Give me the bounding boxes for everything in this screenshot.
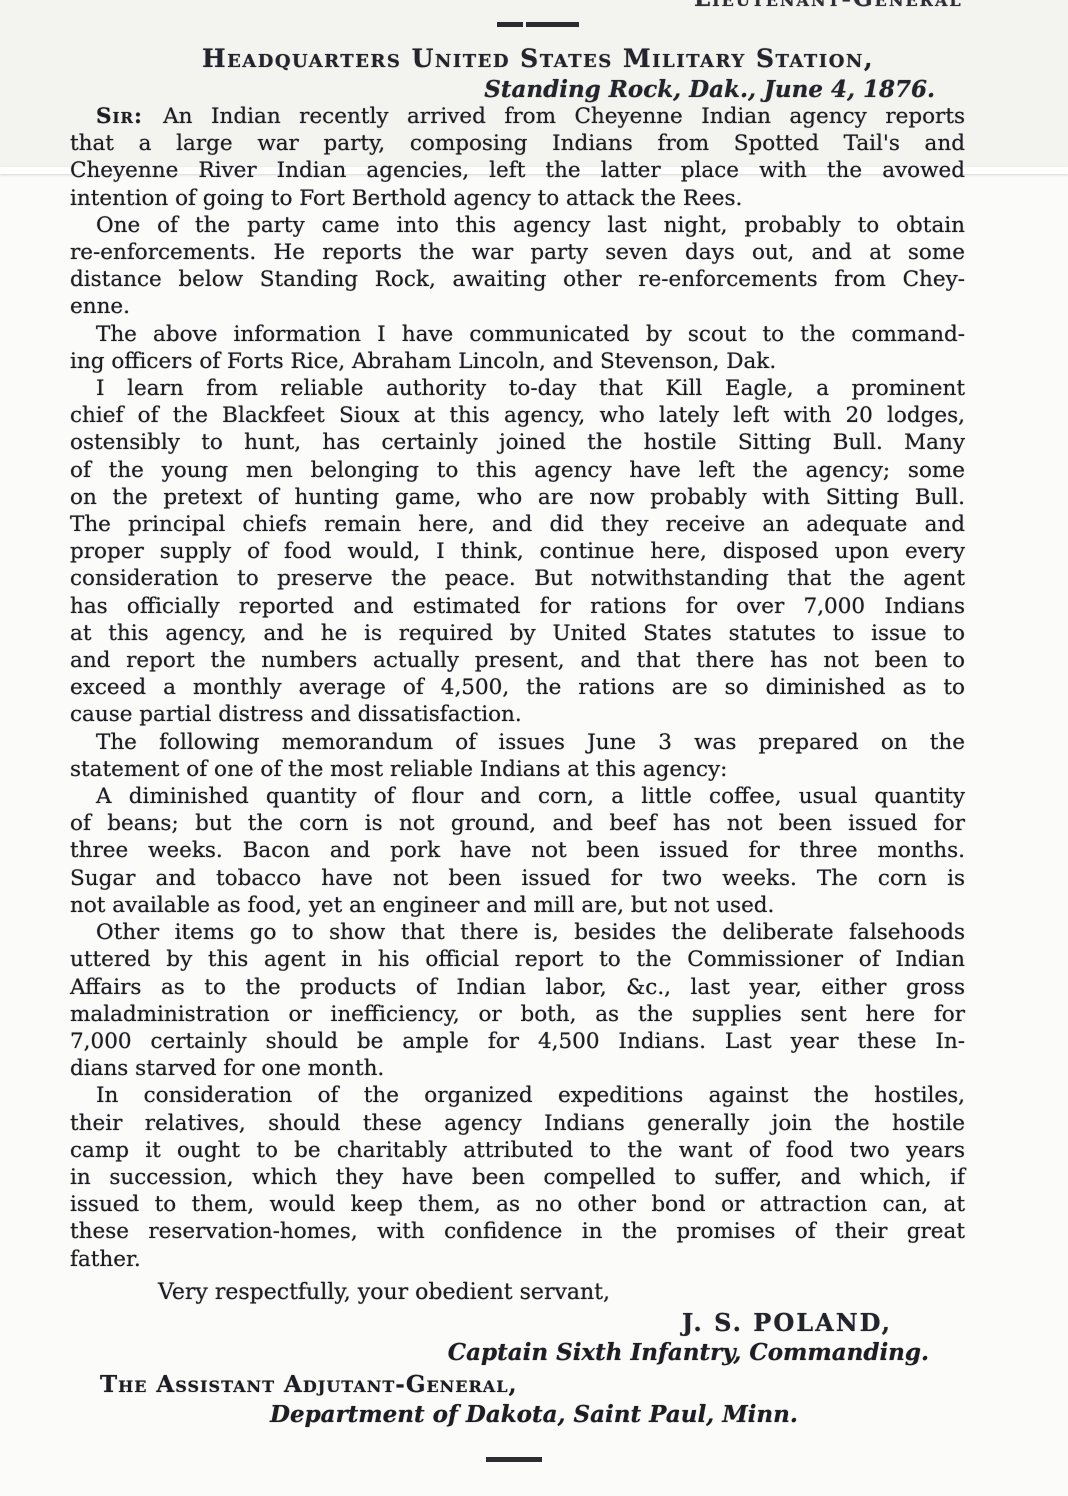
closing-block: Very respectfully, your obedient servant… (70, 1278, 965, 1430)
text-line: uttered by this agent in his official re… (70, 946, 965, 973)
text-line: at this agency, and he is required by Un… (70, 620, 965, 647)
text-line: proper supply of food would, I think, co… (70, 538, 965, 565)
text-line: three weeks. Bacon and pork have not bee… (70, 837, 965, 864)
text-line: has officially reported and estimated fo… (70, 593, 965, 620)
text-line: ostensibly to hunt, has certainly joined… (70, 429, 965, 456)
text-line: that a large war party, composing Indian… (70, 130, 965, 157)
text-line: camp it ought to be charitably attribute… (70, 1137, 965, 1164)
text-line: In consideration of the organized expedi… (70, 1082, 965, 1109)
text-line: father. (70, 1246, 965, 1273)
bottom-rule (486, 1457, 542, 1462)
text-line: on the pretext of hunting game, who are … (70, 484, 965, 511)
text-line: in succession, which they have been comp… (70, 1164, 965, 1191)
text-line: Other items go to show that there is, be… (70, 919, 965, 946)
text-line: exceed a monthly average of 4,500, the r… (70, 674, 965, 701)
text-line: chief of the Blackfeet Sioux at this age… (70, 402, 965, 429)
text-line: enne. (70, 293, 965, 320)
salutation-smallcaps: Sir: (96, 104, 163, 129)
text-line: not available as food, yet an engineer a… (70, 892, 965, 919)
text-line: maladministration or inefficiency, or bo… (70, 1001, 965, 1028)
addressee-department: Department of Dakota, Saint Paul, Minn. (270, 1400, 965, 1430)
text-line: their relatives, should these agency Ind… (70, 1110, 965, 1137)
text-line: of the young men belonging to this agenc… (70, 457, 965, 484)
text-line: The above information I have communicate… (70, 321, 965, 348)
text-line: A diminished quantity of flour and corn,… (70, 783, 965, 810)
text-line: 7,000 certainly should be ample for 4,50… (70, 1028, 965, 1055)
text-line: issued to them, would keep them, as no o… (70, 1191, 965, 1218)
letter-body: Sir: An Indian recently arrived from Che… (70, 103, 965, 1430)
text-line: The principal chiefs remain here, and di… (70, 511, 965, 538)
text-line: and report the numbers actually present,… (70, 647, 965, 674)
addressee-name: The Assistant Adjutant-General, (100, 1370, 965, 1400)
text-line: One of the party came into this agency l… (70, 212, 965, 239)
text-line: Cheyenne River Indian agencies, left the… (70, 157, 965, 184)
letter-header: Headquarters United States Military Stat… (0, 0, 1068, 103)
valediction: Very respectfully, your obedient servant… (158, 1278, 965, 1308)
text-line: intention of going to Fort Berthold agen… (70, 185, 965, 212)
text-line: distance below Standing Rock, awaiting o… (70, 266, 965, 293)
letter-heading: Headquarters United States Military Stat… (4, 44, 1068, 73)
text-line: re-enforcements. He reports the war part… (70, 239, 965, 266)
text-line: Sir: An Indian recently arrived from Che… (70, 103, 965, 130)
text-line: these reservation-homes, with confidence… (70, 1218, 965, 1245)
text-line: of beans; but the corn is not ground, an… (70, 810, 965, 837)
signature-name: J. S. POLAND, (70, 1308, 965, 1338)
text-line: dians starved for one month. (70, 1055, 965, 1082)
text-line: statement of one of the most reliable In… (70, 756, 965, 783)
body-paragraphs: Sir: An Indian recently arrived from Che… (70, 103, 965, 1273)
text-line: The following memorandum of issues June … (70, 729, 965, 756)
text-line: I learn from reliable authority to-day t… (70, 375, 965, 402)
signature-title: Captain Sixth Infantry, Commanding. (70, 1338, 965, 1368)
text-line: consideration to preserve the peace. But… (70, 565, 965, 592)
text-line: ing officers of Forts Rice, Abraham Linc… (70, 348, 965, 375)
dateline: Standing Rock, Dak., June 4, 1876. (0, 76, 1068, 103)
text-line: cause partial distress and dissatisfacti… (70, 701, 965, 728)
text-line: Affairs as to the products of Indian lab… (70, 974, 965, 1001)
text-line: Sugar and tobacco have not been issued f… (70, 865, 965, 892)
